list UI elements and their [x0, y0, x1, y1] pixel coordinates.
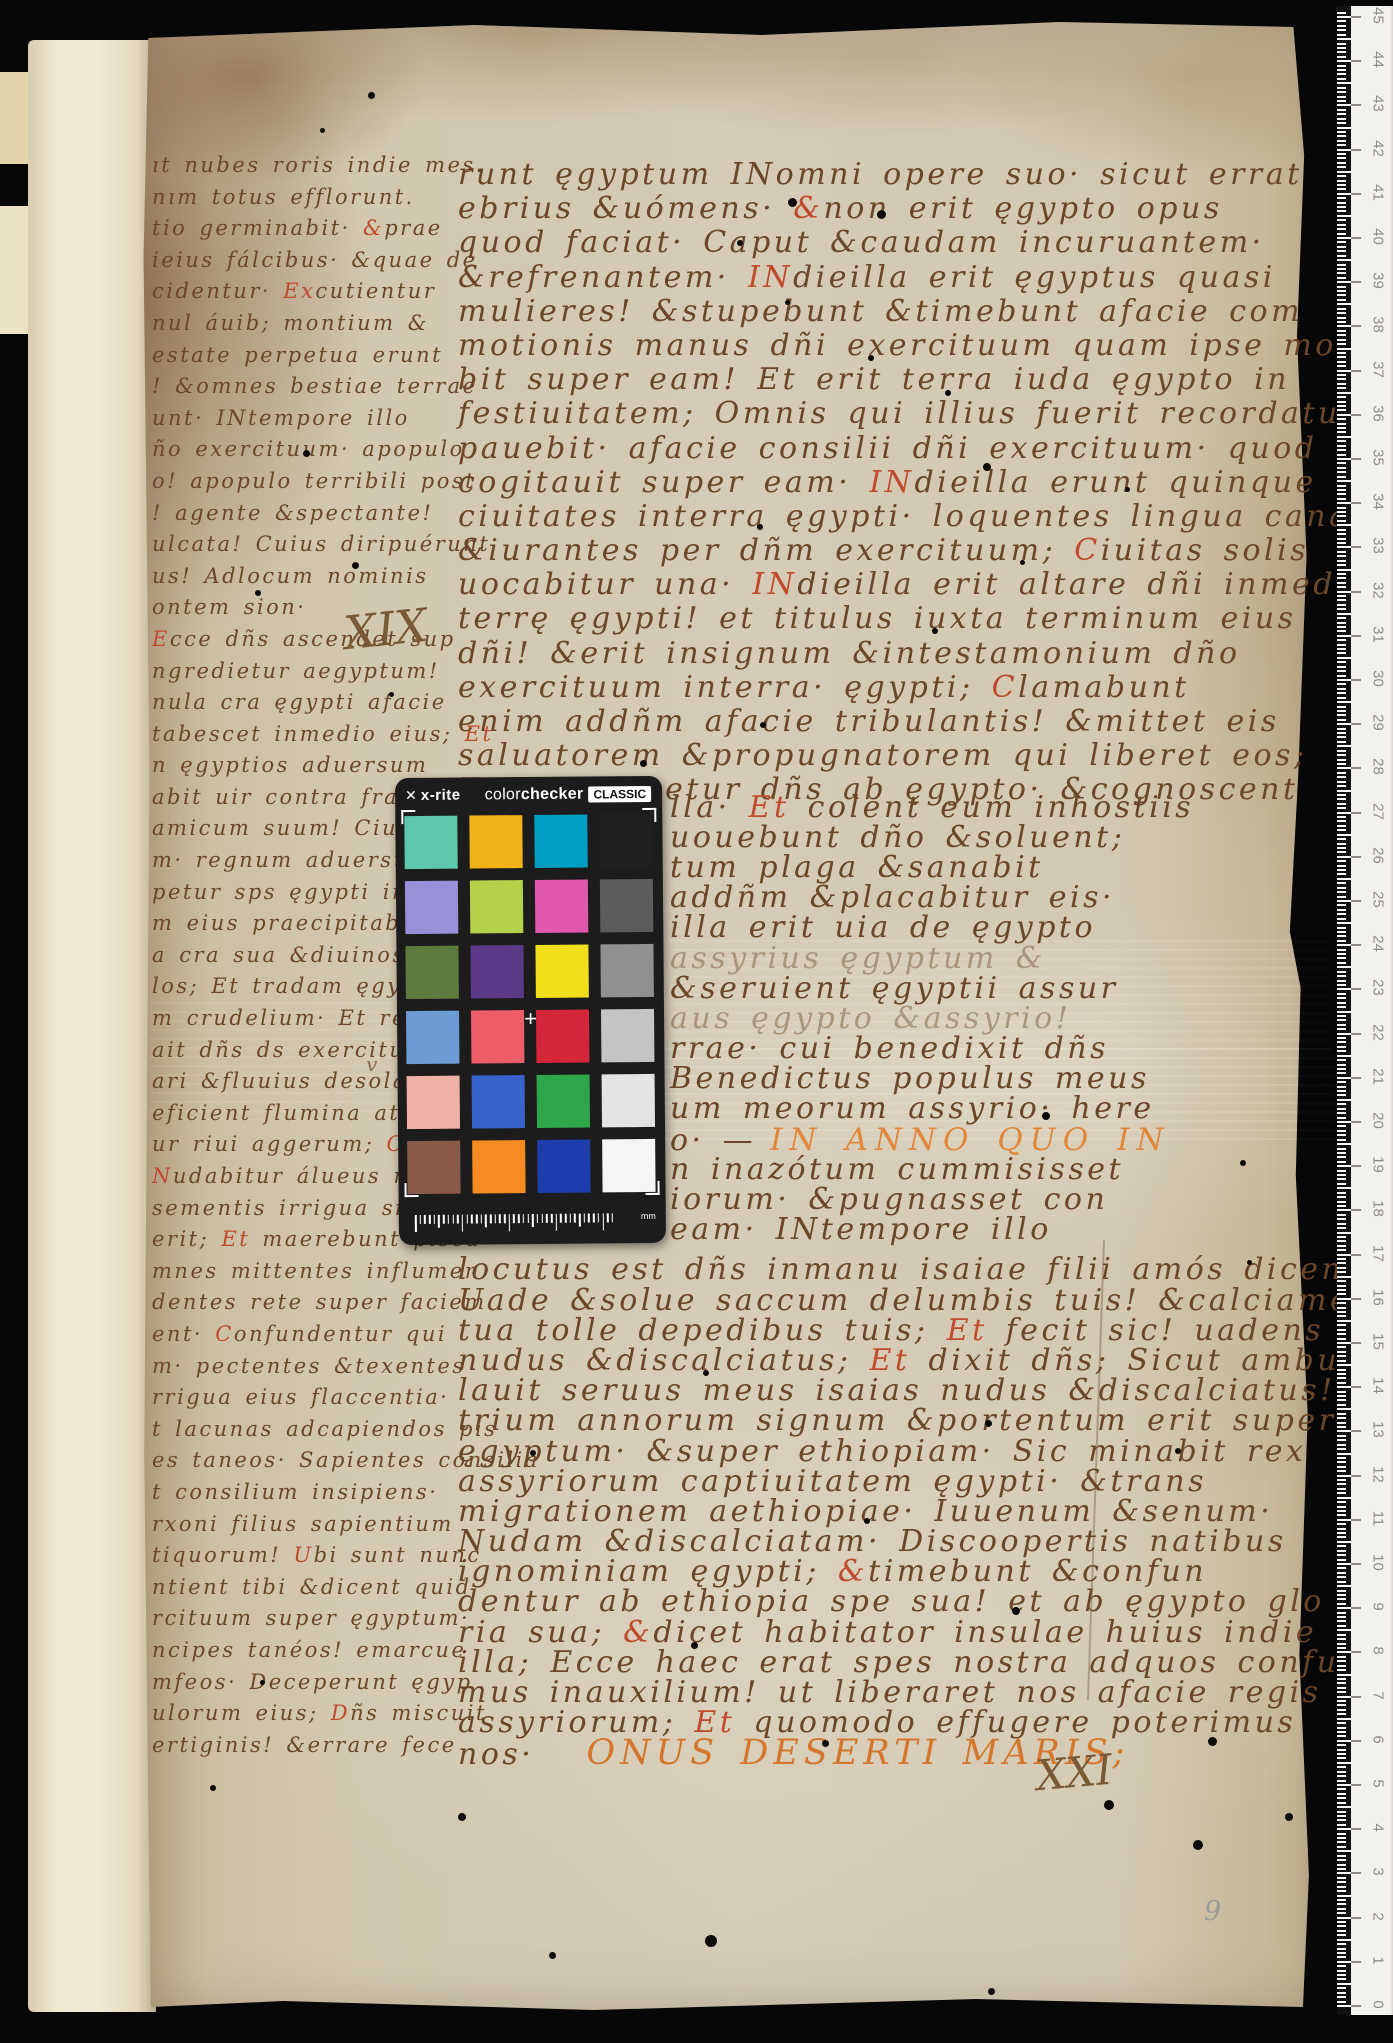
ruler-tick: [1337, 507, 1346, 509]
text-line: petur sps ęgypti inuisce: [152, 877, 400, 909]
ruler-tick: [1337, 1559, 1346, 1561]
ruler-tick: [1337, 25, 1346, 27]
ruler-tick: [1337, 1152, 1346, 1154]
ruler-tick: [1337, 1125, 1346, 1127]
ruler-tick: [1337, 1872, 1361, 1874]
ruler-tick: [1337, 1603, 1346, 1605]
text-line: tiquorum! Ubi sunt nunc: [152, 1540, 400, 1572]
ruler-tick: [1337, 524, 1351, 526]
text-line: trium annorum signum &portentum erit sup…: [458, 1406, 1333, 1436]
ruler-tick: [1337, 741, 1346, 743]
ruler-tick: [1337, 869, 1346, 871]
ruler-tick: [1337, 348, 1351, 350]
ruler-tick: [1337, 1373, 1346, 1375]
color-patch: [535, 879, 588, 932]
ruler-tick: [1337, 1850, 1351, 1852]
color-patch: [406, 1011, 459, 1064]
ruler-tick: [1337, 1351, 1346, 1353]
ruler-tick: [1337, 1134, 1346, 1136]
ruler-tick: [1337, 440, 1346, 442]
wormhole-speck: [1125, 487, 1130, 492]
ruler-tick: [1337, 953, 1346, 955]
ruler-tick: [1337, 533, 1346, 535]
ruler-tick: [1337, 767, 1361, 769]
ruler-tick: [1337, 750, 1346, 752]
ruler-tick: [1337, 1488, 1346, 1490]
ruler-tick: [1337, 12, 1346, 14]
ruler-tick: [1337, 1254, 1361, 1256]
wormhole-speck: [788, 198, 797, 207]
ruler-tick: [1337, 60, 1361, 62]
right-column-upper-lines: runt ęgyptum INomni opere suo· sicut err…: [458, 158, 1333, 808]
text-line: nula cra ęgypti afacie: [152, 687, 400, 719]
ruler-tick: [1337, 1510, 1346, 1512]
text-line: tabescet inmedio eius; Et: [152, 719, 400, 751]
text-line: m eius praecipitabo &: [152, 908, 400, 940]
ruler-tick: [1337, 940, 1346, 942]
ruler-tick: [1337, 1307, 1346, 1309]
ruler-tick: [1337, 1819, 1346, 1821]
ruler-tick: [1337, 1682, 1346, 1684]
ruler-tick: [1337, 476, 1346, 478]
ruler-tick: [1337, 237, 1361, 239]
ruler-tick: [1337, 851, 1346, 853]
ruler-tick: [1337, 228, 1346, 230]
ruler-tick: [1337, 586, 1346, 588]
ruler-tick: [1337, 1775, 1346, 1777]
ruler-tick: [1337, 1899, 1346, 1901]
wormhole-speck: [1240, 1160, 1246, 1166]
ruler-tick: [1337, 1117, 1346, 1119]
wormhole-speck: [988, 1988, 995, 1995]
ruler-tick: [1337, 931, 1346, 933]
ruler-tick: [1337, 157, 1346, 159]
wormhole-speck: [389, 692, 394, 697]
ruler-tick: [1337, 502, 1361, 504]
text-line: ieius fálcibus· &quae de: [152, 245, 400, 277]
ruler-tick: [1337, 197, 1346, 199]
ruler-tick: [1337, 1864, 1346, 1866]
ruler-tick: [1337, 352, 1346, 354]
ruler-tick: [1337, 1612, 1346, 1614]
ruler-tick: [1337, 688, 1346, 690]
text-line: rrigua eius flaccentia·: [152, 1382, 400, 1414]
ruler-tick: [1337, 1859, 1346, 1861]
ruler-tick: [1337, 569, 1351, 571]
ruler-tick: [1337, 498, 1346, 500]
text-line: bit super eam! Et erit terra iuda ęgypto…: [458, 363, 1333, 397]
text-line: ria sua; &dicet habitator insulae huius …: [458, 1618, 1333, 1648]
ruler-tick: [1337, 1077, 1361, 1079]
ruler-tick: [1337, 807, 1346, 809]
text-line: motionis manus dñi exercituum quam ipse …: [458, 329, 1333, 363]
ruler-tick: [1337, 732, 1346, 734]
ruler-tick: [1337, 913, 1346, 915]
ruler-tick: [1337, 445, 1346, 447]
ruler-tick: [1337, 1793, 1346, 1795]
text-line: uocabitur una· INdieilla erit altare dñi…: [458, 568, 1333, 602]
ruler-tick: [1337, 582, 1346, 584]
ruler-tick: [1337, 1952, 1346, 1954]
ruler-tick: [1337, 838, 1346, 840]
text-line: o! apopulo terribili post: [152, 466, 400, 498]
color-patch: [536, 1009, 589, 1062]
ruler-tick: [1337, 1846, 1346, 1848]
ruler-tick: [1337, 1788, 1346, 1790]
ruler-tick: [1337, 224, 1346, 226]
ruler-tick: [1337, 1811, 1346, 1813]
ruler-tick: [1337, 785, 1346, 787]
ruler-tick: [1337, 325, 1361, 327]
ruler-tick: [1337, 1037, 1346, 1039]
ruler-tick: [1337, 1917, 1361, 1919]
ruler-tick: [1337, 1302, 1346, 1304]
ruler-tick: [1337, 286, 1346, 288]
ruler-tick: [1337, 1174, 1346, 1176]
ruler-tick: [1337, 1377, 1346, 1379]
ruler-tick: [1337, 1178, 1346, 1180]
colorchecker-title: colorchecker: [485, 786, 584, 804]
ruler-tick: [1337, 140, 1346, 142]
ruler-tick: [1337, 1563, 1361, 1565]
ruler-tick: [1337, 652, 1346, 654]
ruler-tick: [1337, 1660, 1346, 1662]
ruler-tick: [1337, 1196, 1346, 1198]
ruler-tick: [1337, 1700, 1346, 1702]
ruler-tick: [1337, 1329, 1346, 1331]
ruler-number: 9: [1370, 1596, 1387, 1618]
ruler-tick: [1337, 153, 1346, 155]
ruler-number: 16: [1370, 1286, 1387, 1308]
ruler-tick: [1337, 303, 1351, 305]
ruler-number: 39: [1370, 270, 1387, 292]
ruler-tick: [1337, 91, 1346, 93]
text-line: ari &fluuius desolabitur: [152, 1066, 400, 1098]
ruler-number: 42: [1370, 137, 1387, 159]
ruler-tick: [1337, 1002, 1346, 1004]
ruler-tick: [1337, 683, 1346, 685]
ruler-tick: [1337, 1625, 1346, 1627]
ruler-tick: [1337, 210, 1346, 212]
ruler-tick: [1337, 118, 1346, 120]
ruler-tick: [1337, 745, 1351, 747]
ruler-tick: [1337, 714, 1346, 716]
ruler-tick: [1337, 1744, 1346, 1746]
ruler-tick: [1337, 608, 1346, 610]
color-patch: [600, 879, 653, 932]
text-line: ! agente &spectante!: [152, 498, 400, 530]
ruler-tick: [1337, 1925, 1346, 1927]
ruler-tick: [1337, 1011, 1351, 1013]
ruler-tick: [1337, 1674, 1351, 1676]
marginal-mark-xix: XIX: [341, 598, 430, 660]
ruler-tick: [1337, 1130, 1346, 1132]
ruler-tick: [1337, 1965, 1346, 1967]
ruler-tick: [1337, 427, 1346, 429]
ruler-tick: [1337, 1956, 1346, 1958]
ruler-tick: [1337, 896, 1346, 898]
ruler-tick: [1337, 1050, 1346, 1052]
chapter-heading-line: nos·ONUS DESERTI MARIS;: [458, 1738, 1333, 1768]
text-line: t lacunas adcapiendos pis: [152, 1414, 400, 1446]
ruler-tick: [1337, 96, 1346, 98]
ruler-tick: [1337, 878, 1351, 880]
ruler-tick: [1337, 1148, 1346, 1150]
text-line: estate perpetua erunt: [152, 340, 400, 372]
color-patch: [472, 1075, 525, 1128]
ruler-tick: [1337, 595, 1346, 597]
ruler-tick: [1337, 493, 1346, 495]
ruler-tick: [1337, 180, 1346, 182]
ruler-tick: [1337, 648, 1346, 650]
ruler-tick: [1337, 1691, 1346, 1693]
color-patch: [599, 814, 652, 867]
wormhole-speck: [691, 1642, 698, 1649]
ruler-tick: [1337, 1165, 1361, 1167]
text-line: ulcata! Cuius diripuérunt: [152, 529, 400, 561]
ruler-tick: [1337, 241, 1346, 243]
ruler-tick: [1337, 1015, 1346, 1017]
ruler-tick: [1337, 383, 1346, 385]
wormhole-speck: [983, 463, 991, 471]
ruler-tick: [1337, 449, 1346, 451]
color-patch: [405, 946, 458, 999]
text-column-left: ıt nubes roris indie mes.nım totus efflo…: [152, 150, 400, 1761]
ruler-tick: [1337, 776, 1346, 778]
ruler-tick: [1337, 321, 1346, 323]
ruler-tick: [1337, 860, 1346, 862]
ruler-number: 31: [1370, 623, 1387, 645]
ruler-tick: [1337, 135, 1346, 137]
ruler-tick: [1337, 1435, 1346, 1437]
ruler-tick: [1337, 754, 1346, 756]
text-line: mfeos· Deceperunt ęgyp: [152, 1667, 400, 1699]
ruler-number: 34: [1370, 491, 1387, 513]
text-line: ıt nubes roris indie mes.: [152, 150, 400, 182]
ruler-number: 14: [1370, 1375, 1387, 1397]
ruler-tick: [1337, 423, 1346, 425]
ruler-tick: [1337, 1289, 1346, 1291]
ruler-tick: [1337, 962, 1346, 964]
book-edge-tab: [0, 206, 30, 334]
color-patch: [602, 1074, 655, 1127]
ruler-tick: [1337, 219, 1346, 221]
ruler-tick: [1337, 1041, 1346, 1043]
ruler-tick: [1337, 639, 1346, 641]
ruler-tick: [1337, 1581, 1346, 1583]
wormhole-speck: [822, 1740, 829, 1747]
text-line: ngredietur aegyptum!: [152, 656, 400, 688]
ruler-tick: [1337, 127, 1351, 129]
wormhole-speck: [1310, 1085, 1316, 1091]
text-line: assyriorum captiuitatem ęgypti· &trans: [458, 1467, 1333, 1497]
color-patch: [469, 815, 522, 868]
ruler-number: 3: [1370, 1861, 1387, 1883]
ruler-number: 23: [1370, 977, 1387, 999]
ruler-tick: [1337, 1342, 1361, 1344]
text-line: t consilium insipiens·: [152, 1477, 400, 1509]
text-line: enim addñm afacie tribulantis! &mittet e…: [458, 705, 1333, 739]
text-line: eficient flumina attenua: [152, 1098, 400, 1130]
ruler-tick: [1337, 666, 1346, 668]
ruler-tick: [1337, 206, 1346, 208]
ruler-tick: [1337, 317, 1346, 319]
ruler-tick: [1337, 268, 1346, 270]
ruler-tick: [1337, 1868, 1346, 1870]
ruler-tick: [1337, 1497, 1351, 1499]
ruler-tick: [1337, 290, 1346, 292]
ruler-tick: [1337, 657, 1351, 659]
ruler-tick: [1337, 1391, 1346, 1393]
text-line: sementis irrigua siccabi: [152, 1193, 400, 1225]
ruler-tick: [1337, 1214, 1346, 1216]
ruler-tick: [1337, 1881, 1346, 1883]
ruler-tick: [1337, 215, 1351, 217]
ruler-tick: [1337, 1506, 1346, 1508]
ruler-tick: [1337, 1895, 1351, 1897]
text-line: ignominiam ęgypti; &timebunt &confun: [458, 1557, 1333, 1587]
ruler-tick: [1337, 1647, 1346, 1649]
ruler-tick: [1337, 922, 1351, 924]
ruler-tick: [1337, 759, 1346, 761]
patch-row: [407, 1074, 655, 1129]
ruler-tick: [1337, 1298, 1361, 1300]
ruler-tick: [1337, 1413, 1346, 1415]
text-line: ęgyptum· &super ethiopiam· Sic minabit r…: [458, 1437, 1333, 1467]
color-patch: [537, 1074, 590, 1127]
ruler-tick: [1337, 1280, 1346, 1282]
text-line: a cra sua &diuinos suos.: [152, 940, 400, 972]
ruler-tick: [1337, 763, 1346, 765]
text-line: mnes mittentes influmen: [152, 1256, 400, 1288]
ruler-number: 40: [1370, 226, 1387, 248]
ruler-tick: [1337, 1713, 1346, 1715]
ruler-tick: [1337, 1656, 1346, 1658]
ruler-tick: [1337, 1338, 1346, 1340]
ruler-tick: [1337, 29, 1346, 31]
ruler-tick: [1337, 233, 1346, 235]
manuscript-photo: ıt nubes roris indie mes.nım totus efflo…: [0, 0, 1393, 2043]
text-line: abit uir contra fratrem: [152, 782, 400, 814]
wormhole-speck: [255, 590, 261, 596]
ruler-tick: [1337, 356, 1346, 358]
ruler-tick: [1337, 166, 1346, 168]
ruler-tick: [1337, 1404, 1346, 1406]
ruler-tick: [1337, 149, 1361, 151]
text-line: saluatorem &propugnatorem qui liberet eo…: [458, 739, 1333, 773]
ruler-tick: [1337, 555, 1346, 557]
ruler-tick: [1337, 909, 1346, 911]
ruler-tick: [1337, 82, 1351, 84]
ruler-tick: [1337, 515, 1346, 517]
ruler-tick: [1337, 1355, 1346, 1357]
ruler-tick: [1337, 1523, 1346, 1525]
ruler-tick: [1337, 1912, 1346, 1914]
ruler-tick: [1337, 1232, 1351, 1234]
ruler-tick: [1337, 396, 1346, 398]
ruler-tick: [1337, 113, 1346, 115]
text-line: erit; Et maerebunt pisca: [152, 1224, 400, 1256]
color-patch: [600, 944, 653, 997]
ruler-number: 6: [1370, 1728, 1387, 1750]
ruler-tick: [1337, 675, 1346, 677]
ruler-tick: [1337, 1461, 1346, 1463]
ruler-tick: [1337, 1360, 1346, 1362]
ruler-tick: [1337, 246, 1346, 248]
ruler-tick: [1337, 538, 1346, 540]
ruler-tick: [1337, 1802, 1346, 1804]
ruler-tick: [1337, 1620, 1346, 1622]
ruler-tick: [1337, 414, 1361, 416]
ruler-tick: [1337, 1090, 1346, 1092]
ruler-tick: [1337, 1550, 1346, 1552]
ruler-tick: [1337, 1996, 1346, 1998]
color-patch: [534, 814, 587, 867]
ruler-tick: [1337, 56, 1346, 58]
text-line: ur riui aggerum; Cálamus: [152, 1129, 400, 1161]
ruler-number: 5: [1370, 1773, 1387, 1795]
color-patch: [472, 1140, 525, 1193]
ruler-tick: [1337, 1598, 1346, 1600]
ruler-tick: [1337, 1399, 1346, 1401]
text-line: m crudelium· Et rex fortis: [152, 1003, 400, 1035]
ruler-tick: [1337, 1033, 1361, 1035]
text-line: tio germinabit· &prae: [152, 213, 400, 245]
ruler-tick: [1337, 1921, 1346, 1923]
ruler-tick: [1337, 294, 1346, 296]
ruler-tick: [1337, 1536, 1346, 1538]
text-line: ño exercituum· apopulo: [152, 434, 400, 466]
wormhole-speck: [785, 300, 790, 305]
ruler-tick: [1337, 34, 1346, 36]
ruler-tick: [1337, 728, 1346, 730]
ruler-tick: [1337, 1417, 1346, 1419]
ruler-tick: [1337, 171, 1351, 173]
ruler-tick: [1337, 485, 1346, 487]
ruler-tick: [1337, 1943, 1346, 1945]
ruler-tick: [1337, 1444, 1346, 1446]
ruler-tick: [1337, 1939, 1351, 1941]
ruler-tick: [1337, 409, 1346, 411]
ruler-number: 41: [1370, 181, 1387, 203]
ruler-tick: [1337, 20, 1346, 22]
text-line: ncipes tanéos! emarcue: [152, 1635, 400, 1667]
ruler-tick: [1337, 47, 1346, 49]
ruler-number: 1: [1370, 1949, 1387, 1971]
ruler-tick: [1337, 697, 1346, 699]
color-patch: [471, 1010, 524, 1063]
right-column-lower-lines: locutus est dñs inmanu isaiae filii amós…: [458, 1255, 1333, 1768]
ruler-tick: [1337, 577, 1346, 579]
ruler-tick: [1337, 1629, 1351, 1631]
wormhole-speck: [1320, 1463, 1325, 1468]
ruler-tick: [1337, 1528, 1346, 1530]
ruler-tick: [1337, 1395, 1346, 1397]
ruler-tick: [1337, 944, 1361, 946]
ruler-tick: [1337, 1576, 1346, 1578]
text-line: rxoni filius sapientium: [152, 1509, 400, 1541]
ruler-tick: [1337, 781, 1346, 783]
ruler-tick: [1337, 1346, 1346, 1348]
ruler-tick: [1337, 1236, 1346, 1238]
ruler-tick: [1337, 1567, 1346, 1569]
ruler-tick: [1337, 856, 1361, 858]
ruler-tick: [1337, 873, 1346, 875]
ruler-tick: [1337, 772, 1346, 774]
patch-row: [404, 814, 652, 869]
ruler-tick: [1337, 1678, 1346, 1680]
wormhole-speck: [1042, 1112, 1050, 1120]
